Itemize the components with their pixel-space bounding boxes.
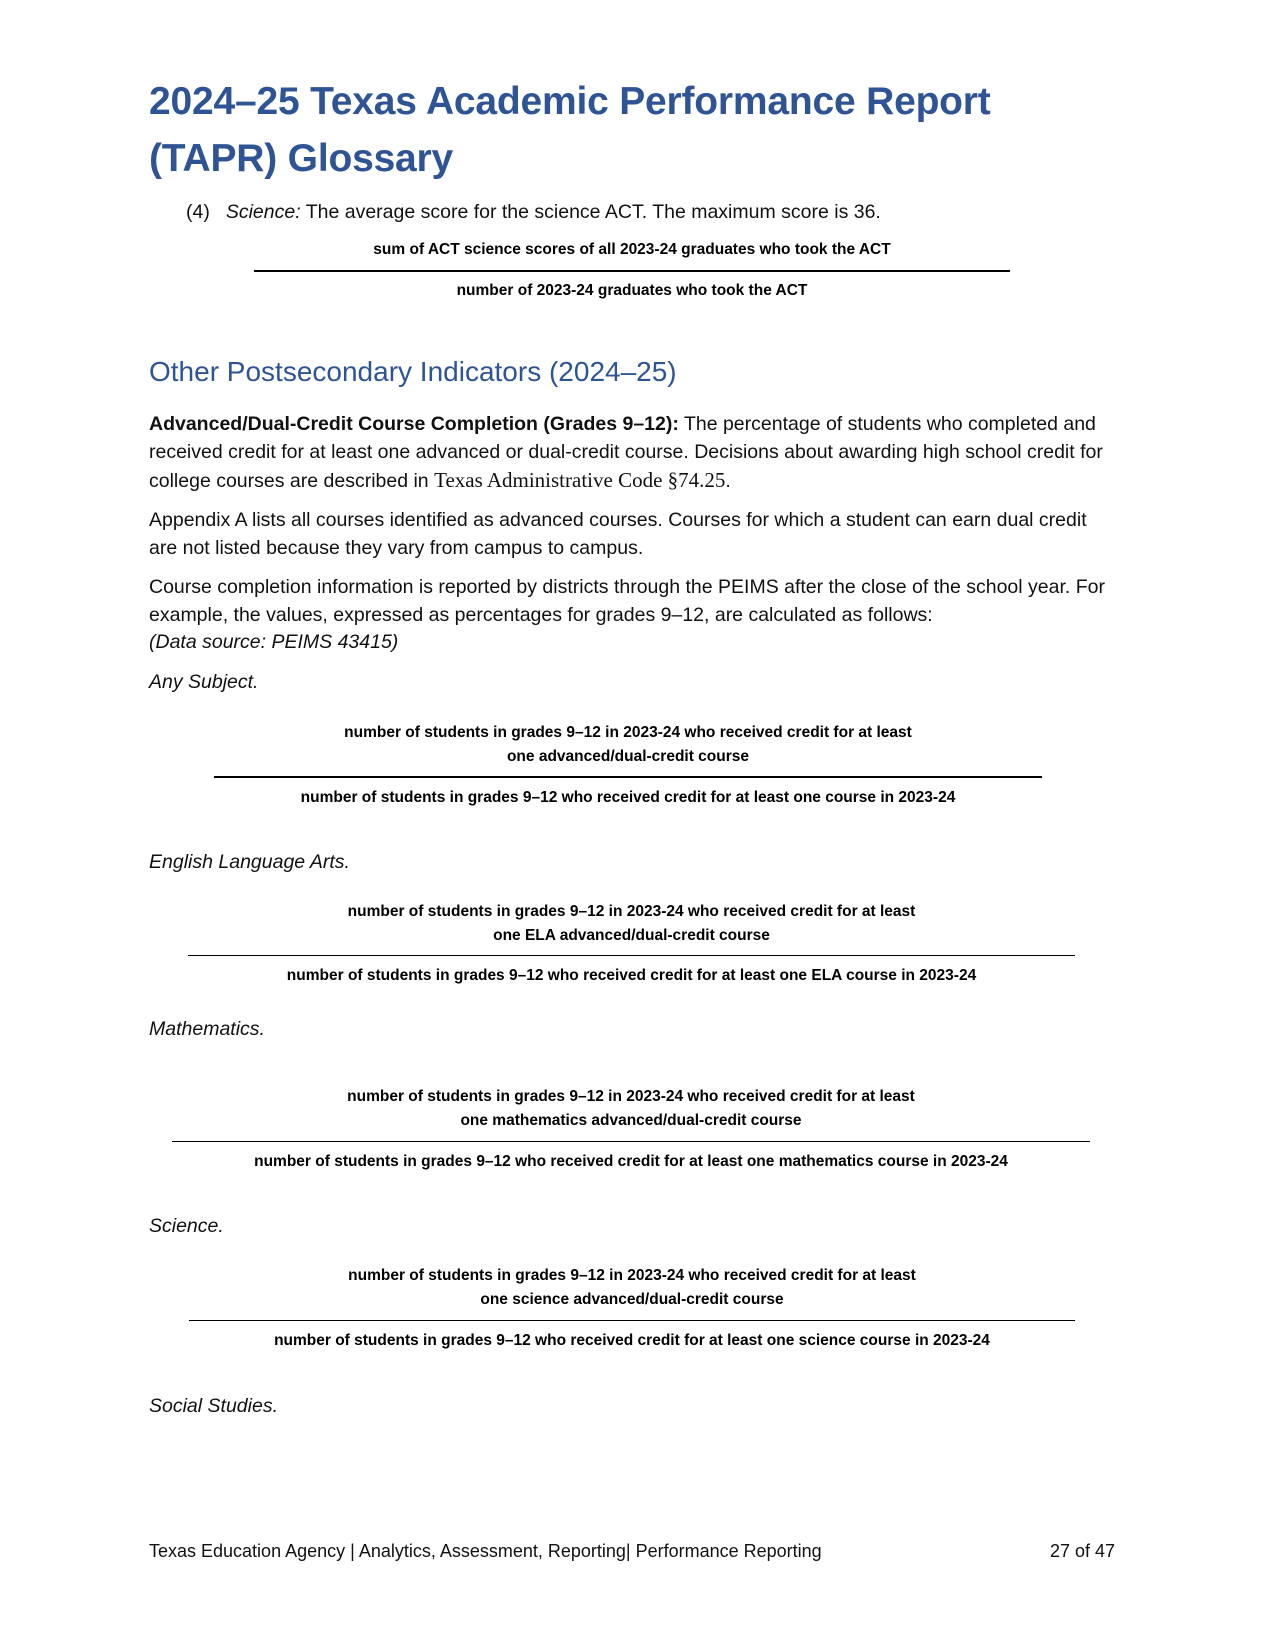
ela-numerator-line-2: one ELA advanced/dual-credit course bbox=[188, 924, 1075, 948]
footer-agency: Texas Education Agency | Analytics, Asse… bbox=[149, 1542, 822, 1560]
subject-label-ela: English Language Arts. bbox=[149, 848, 350, 876]
science-denominator: number of students in grades 9–12 who re… bbox=[189, 1329, 1075, 1353]
item-number: (4) bbox=[186, 201, 210, 223]
completion-paragraph: Course completion information is reporte… bbox=[149, 573, 1119, 629]
subject-label-any: Any Subject. bbox=[149, 668, 258, 696]
subject-label-math: Mathematics. bbox=[149, 1015, 265, 1043]
science-item: (4)Science: The average score for the sc… bbox=[186, 198, 881, 226]
definition-paragraph: Advanced/Dual-Credit Course Completion (… bbox=[149, 410, 1109, 495]
page-number: 27 of 47 bbox=[1050, 1542, 1115, 1560]
subject-label-science: Science. bbox=[149, 1212, 224, 1240]
appendix-paragraph: Appendix A lists all courses identified … bbox=[149, 506, 1109, 562]
fraction-bar bbox=[189, 1320, 1075, 1321]
any-numerator-line-1: number of students in grades 9–12 in 202… bbox=[214, 721, 1042, 745]
item-text: The average score for the science ACT. T… bbox=[301, 201, 881, 223]
item-label: Science: bbox=[226, 201, 301, 223]
subject-label-social-studies: Social Studies. bbox=[149, 1392, 278, 1420]
ela-numerator-line-1: number of students in grades 9–12 in 202… bbox=[188, 900, 1075, 924]
science-numerator-line-1: number of students in grades 9–12 in 202… bbox=[189, 1264, 1075, 1288]
math-denominator: number of students in grades 9–12 who re… bbox=[172, 1150, 1090, 1174]
citation-link: Texas Administrative Code §74.25 bbox=[434, 468, 725, 492]
fraction-bar bbox=[214, 776, 1042, 778]
page-title-line-2: (TAPR) Glossary bbox=[149, 139, 453, 178]
ela-denominator: number of students in grades 9–12 who re… bbox=[188, 964, 1075, 988]
fraction-bar bbox=[188, 955, 1075, 956]
act-science-denominator: number of 2023-24 graduates who took the… bbox=[254, 279, 1010, 303]
any-denominator: number of students in grades 9–12 who re… bbox=[214, 786, 1042, 810]
math-numerator-line-1: number of students in grades 9–12 in 202… bbox=[172, 1085, 1090, 1109]
data-source: (Data source: PEIMS 43415) bbox=[149, 628, 398, 656]
fraction-bar bbox=[254, 270, 1010, 272]
science-numerator-line-2: one science advanced/dual-credit course bbox=[189, 1288, 1075, 1312]
any-numerator-line-2: one advanced/dual-credit course bbox=[214, 745, 1042, 769]
definition-end: . bbox=[725, 470, 730, 492]
page-title-line-1: 2024–25 Texas Academic Performance Repor… bbox=[149, 82, 991, 121]
math-numerator-line-2: one mathematics advanced/dual-credit cou… bbox=[172, 1109, 1090, 1133]
act-science-numerator: sum of ACT science scores of all 2023-24… bbox=[254, 238, 1010, 262]
section-heading: Other Postsecondary Indicators (2024–25) bbox=[149, 358, 677, 386]
definition-term: Advanced/Dual-Credit Course Completion (… bbox=[149, 413, 679, 435]
fraction-bar bbox=[172, 1141, 1090, 1142]
